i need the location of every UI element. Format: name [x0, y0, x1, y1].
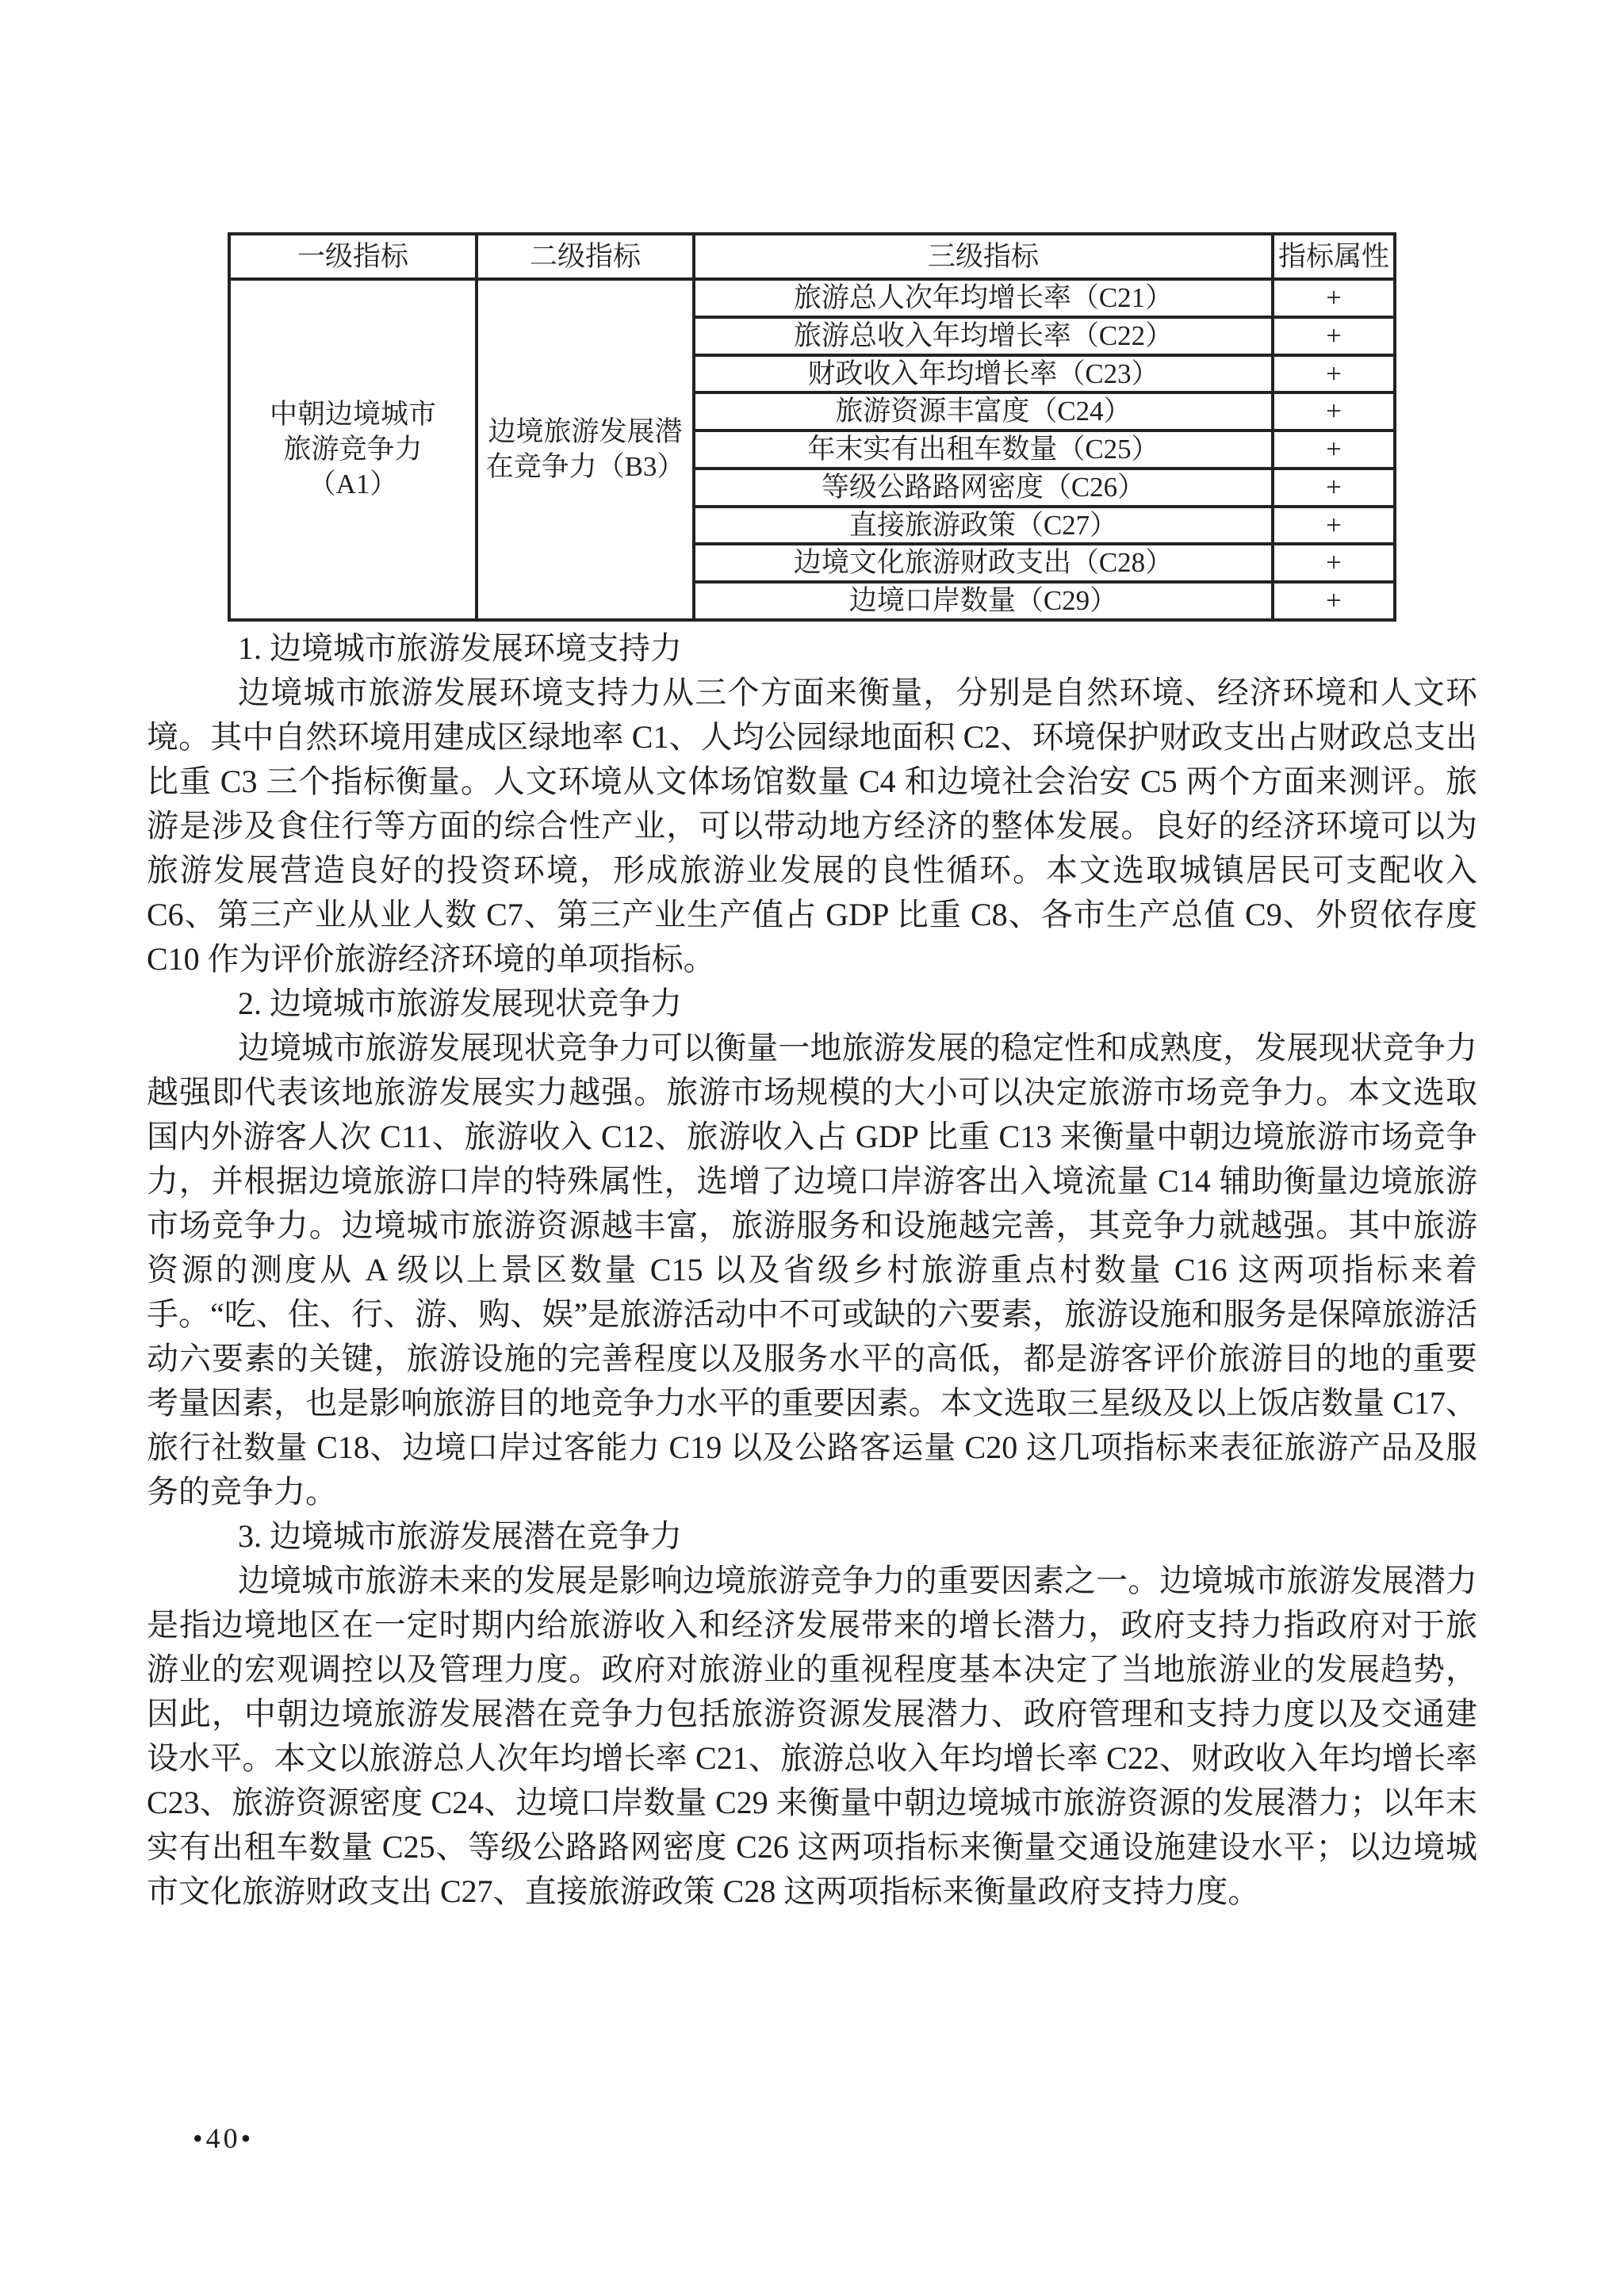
body-text: 1. 边境城市旅游发展环境支持力 边境城市旅游发展环境支持力从三个方面来衡量，分… [147, 626, 1477, 1914]
section-1-paragraph: 边境城市旅游发展环境支持力从三个方面来衡量，分别是自然环境、经济环境和人文环境。… [147, 671, 1477, 982]
table-row: 中朝边境城市 旅游竞争力 （A1） 边境旅游发展潜 在竞争力（B3） 旅游总人次… [229, 279, 1395, 317]
level3-indicator-cell: 年末实有出租车数量（C25） [694, 430, 1273, 469]
level3-indicator-cell: 边境文化旅游财政支出（C28） [694, 544, 1273, 582]
attribute-cell: + [1273, 469, 1395, 507]
level3-indicator-cell: 等级公路路网密度（C26） [694, 469, 1273, 507]
header-level2: 二级指标 [477, 234, 694, 279]
attribute-cell: + [1273, 544, 1395, 582]
header-level1: 一级指标 [229, 234, 477, 279]
header-level3: 三级指标 [694, 234, 1273, 279]
level3-indicator-cell: 财政收入年均增长率（C23） [694, 355, 1273, 393]
section-2-heading: 2. 边境城市旅游发展现状竞争力 [147, 982, 1477, 1026]
attribute-cell: + [1273, 317, 1395, 355]
level3-indicator-cell: 旅游总收入年均增长率（C22） [694, 317, 1273, 355]
attribute-cell: + [1273, 582, 1395, 620]
level2-indicator-cell: 边境旅游发展潜 在竞争力（B3） [477, 279, 694, 620]
table-header-row: 一级指标 二级指标 三级指标 指标属性 [229, 234, 1395, 279]
attribute-cell: + [1273, 507, 1395, 545]
section-3-heading: 3. 边境城市旅游发展潜在竞争力 [147, 1514, 1477, 1559]
section-2-paragraph: 边境城市旅游发展现状竞争力可以衡量一地旅游发展的稳定性和成熟度，发展现状竞争力越… [147, 1026, 1477, 1514]
attribute-cell: + [1273, 355, 1395, 393]
attribute-cell: + [1273, 279, 1395, 317]
section-3-paragraph: 边境城市旅游未来的发展是影响边境旅游竞争力的重要因素之一。边境城市旅游发展潜力是… [147, 1559, 1477, 1914]
level3-indicator-cell: 边境口岸数量（C29） [694, 582, 1273, 620]
document-page: 一级指标 二级指标 三级指标 指标属性 中朝边境城市 旅游竞争力 （A1） 边境… [0, 0, 1624, 2296]
section-1-heading: 1. 边境城市旅游发展环境支持力 [147, 626, 1477, 671]
header-attribute: 指标属性 [1273, 234, 1395, 279]
level1-indicator-cell: 中朝边境城市 旅游竞争力 （A1） [229, 279, 477, 620]
level3-indicator-cell: 旅游总人次年均增长率（C21） [694, 279, 1273, 317]
attribute-cell: + [1273, 392, 1395, 430]
indicator-system-table: 一级指标 二级指标 三级指标 指标属性 中朝边境城市 旅游竞争力 （A1） 边境… [228, 232, 1396, 622]
level3-indicator-cell: 旅游资源丰富度（C24） [694, 392, 1273, 430]
page-number: •40• [193, 2122, 254, 2155]
level3-indicator-cell: 直接旅游政策（C27） [694, 507, 1273, 545]
attribute-cell: + [1273, 430, 1395, 469]
